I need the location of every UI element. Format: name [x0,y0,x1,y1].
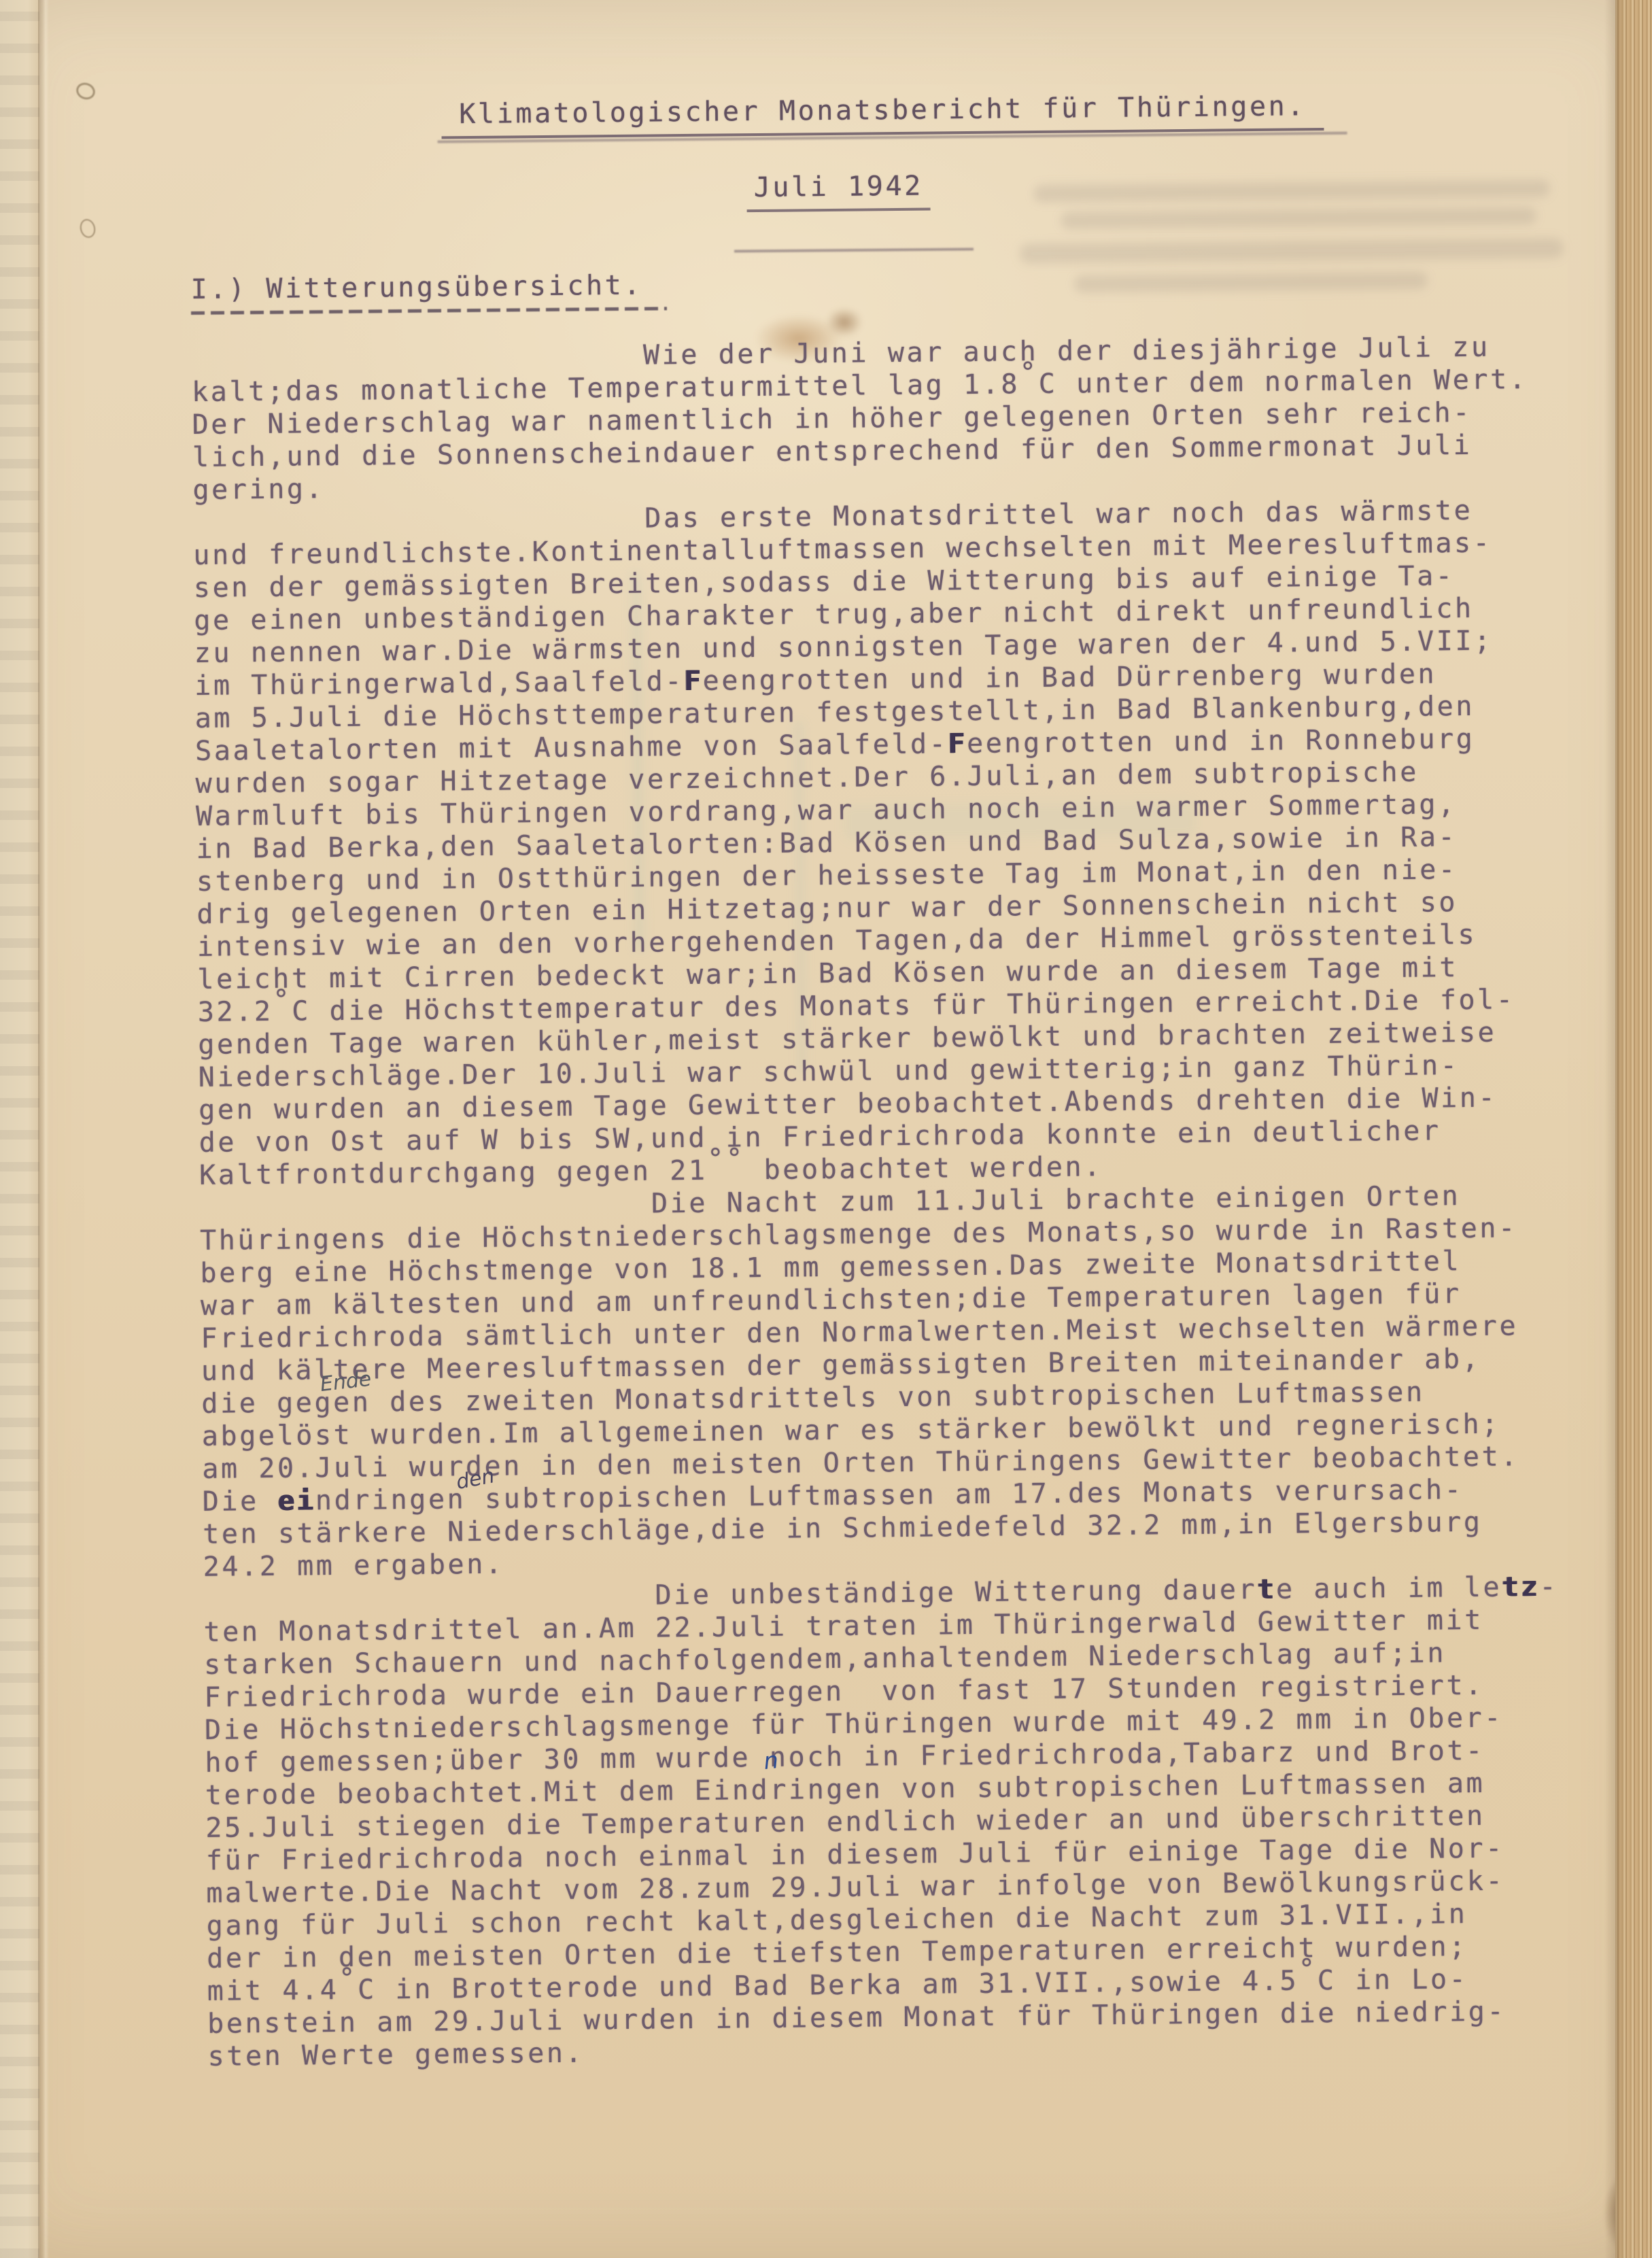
paragraph: Das erste Monatsdrittel war noch das wär… [193,493,1587,1192]
paper-blemish [74,80,98,102]
overstrike-correction: F [684,666,703,697]
handwritten-annotation: n [763,1745,766,1778]
degree-superscript: ° [1298,1953,1318,1985]
report-month: Juli 1942 [746,170,930,213]
section-heading: I.) Witterungsübersicht. [190,269,642,306]
adjacent-page-edge [0,0,39,2258]
typewritten-content: Klimatologischer Monatsbericht für Thüri… [189,87,1595,2072]
scanned-page: Klimatologischer Monatsbericht für Thüri… [0,0,1652,2258]
degree-superscript: ° [273,985,292,1016]
degree-superscript: ° [339,1963,358,1994]
report-title: Klimatologischer Monatsbericht für Thüri… [441,90,1324,139]
paragraph: Wie der Juni war auch der diesjährige Ju… [191,330,1579,507]
degree-superscript: ° [1020,357,1039,388]
paper-blemish [78,218,97,240]
overstrike-correction: tz [1502,1571,1540,1603]
book-page-stack-edge [1615,0,1652,2258]
paragraph: Die unbeständige Witterung dauerte auch … [203,1570,1595,2073]
overstrike-correction: t [1257,1574,1276,1605]
overstrike-correction: ei [277,1485,315,1517]
handwritten-annotation: den [453,1467,460,1499]
body-text: Wie der Juni war auch der diesjährige Ju… [191,330,1594,2072]
page-fold-crease [38,0,49,2258]
overstrike-correction: F [948,728,967,759]
degree-superscript: ° [726,1143,745,1174]
heading-underline [191,307,667,315]
degree-superscript: ° [707,1144,726,1175]
paragraph: Die Nacht zum 11.Juli brachte einigen Or… [199,1178,1589,1584]
